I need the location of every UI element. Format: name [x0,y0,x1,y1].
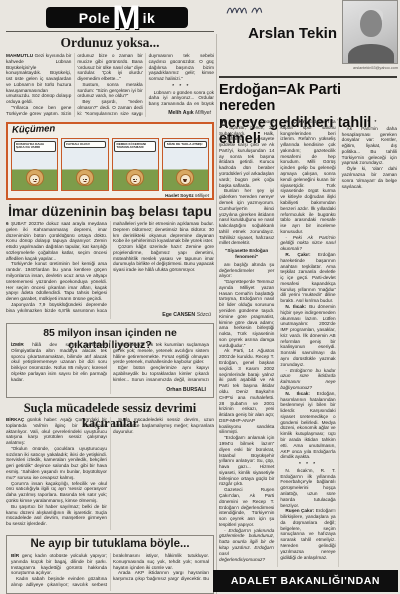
comic-character [25,169,45,190]
masthead-rule [6,31,214,32]
ministry-notice-title: ADALET BAKANLIĞI'NDAN [231,575,380,587]
article4-body: BİRKAÇ günlük haber: Aşağı Çorum'daki bi… [6,417,214,530]
article3-signature: Orhan BURSALI [163,387,206,393]
comic-title: Küçümen [12,123,56,136]
article1-body: MAHMUTLU Gezi kıyısında bir kahvede Lübn… [6,53,214,117]
article1-headline: Ordunuz yoksa... [6,35,214,51]
ministry-notice-banner: ADALET BAKANLIĞI'NDAN [213,570,398,592]
character-face [29,174,40,185]
speech-bubble: SÖZE DE TAKLA ATMIŞ! [164,141,206,149]
photo-shoulders [348,44,394,64]
pen-scribble-icon [224,1,272,17]
article3-body: İZMİR hâlâ dev sanat yarışması: Olimpiya… [11,342,209,394]
article5-body: BİR genç kadın otobüste yolculuk yapıyor… [11,553,209,591]
comic-panel-3: DEMEK Kİ KERVANI TAMAMLAYAMADI [112,138,159,191]
columnist-email: arslantekin53@yahoo.com [278,66,398,70]
columnist-rule [219,76,397,78]
comic-panel-1: KOSOVA'DA DAHA ŞAKA DA VARDI [11,138,58,191]
speech-bubble: KOSOVA'DA DAHA ŞAKA DA VARDI [14,141,56,152]
logo-text-pre: Pole [79,10,111,26]
column-body: Ak Partinin önünü açanlar, bence, 28 Şub… [219,119,397,567]
comic-panel-2: FAYDALI OLDU! [61,138,108,191]
article3-box: 85 milyon insan içinden ne çıkartabiliyo… [6,323,214,398]
article1-signature: Melih Aşık Milliyet [165,110,211,116]
comic-strip: Küçümen KOSOVA'DA DAHA ŞAKA DA VARDI FAY… [6,122,214,200]
columnist-photo [342,0,398,64]
comic-panel-4: SÖZE DE TAKLA ATMIŞ! [162,138,209,191]
character-face [79,174,90,185]
column-headline-line1: Erdoğan=Ak Parti nereden [219,82,397,115]
column-divider [216,34,217,594]
character-face [130,174,141,185]
logo-text-ik: ik [143,10,156,26]
comic-credit: Haslet Soyöz Milliyet [165,193,209,198]
article2-body: 6 ŞUBAT 2023'te dokuz saat arayla meydan… [6,221,214,319]
speech-bubble: FAYDALI OLDU! [64,141,106,149]
comic-character [175,169,195,190]
character-face [180,174,191,185]
speech-bubble: DEMEK Kİ KERVANI TAMAMLAYAMADI [114,141,156,152]
comic-character [125,169,145,190]
article5-box: Ne ayıp bir tutuklama böyle... BİR genç … [6,535,214,594]
columnist-name: Arslan Tekin [219,25,337,42]
article2-headline: İmar düzeninin baş belası tapu [6,203,214,219]
comic-character [75,169,95,190]
article5-headline: Ne ayıp bir tutuklama böyle... [11,538,209,550]
comic-panels: KOSOVA'DA DAHA ŞAKA DA VARDI FAYDALI OLD… [11,138,209,191]
photo-head [360,10,382,37]
article2-signature: Ege CANSEN Sözcü [159,312,211,318]
polemik-logo: PoleMik [46,7,188,28]
newspaper-page: PoleMik Ordunuz yoksa... MAHMUTLU Gezi k… [0,0,400,594]
